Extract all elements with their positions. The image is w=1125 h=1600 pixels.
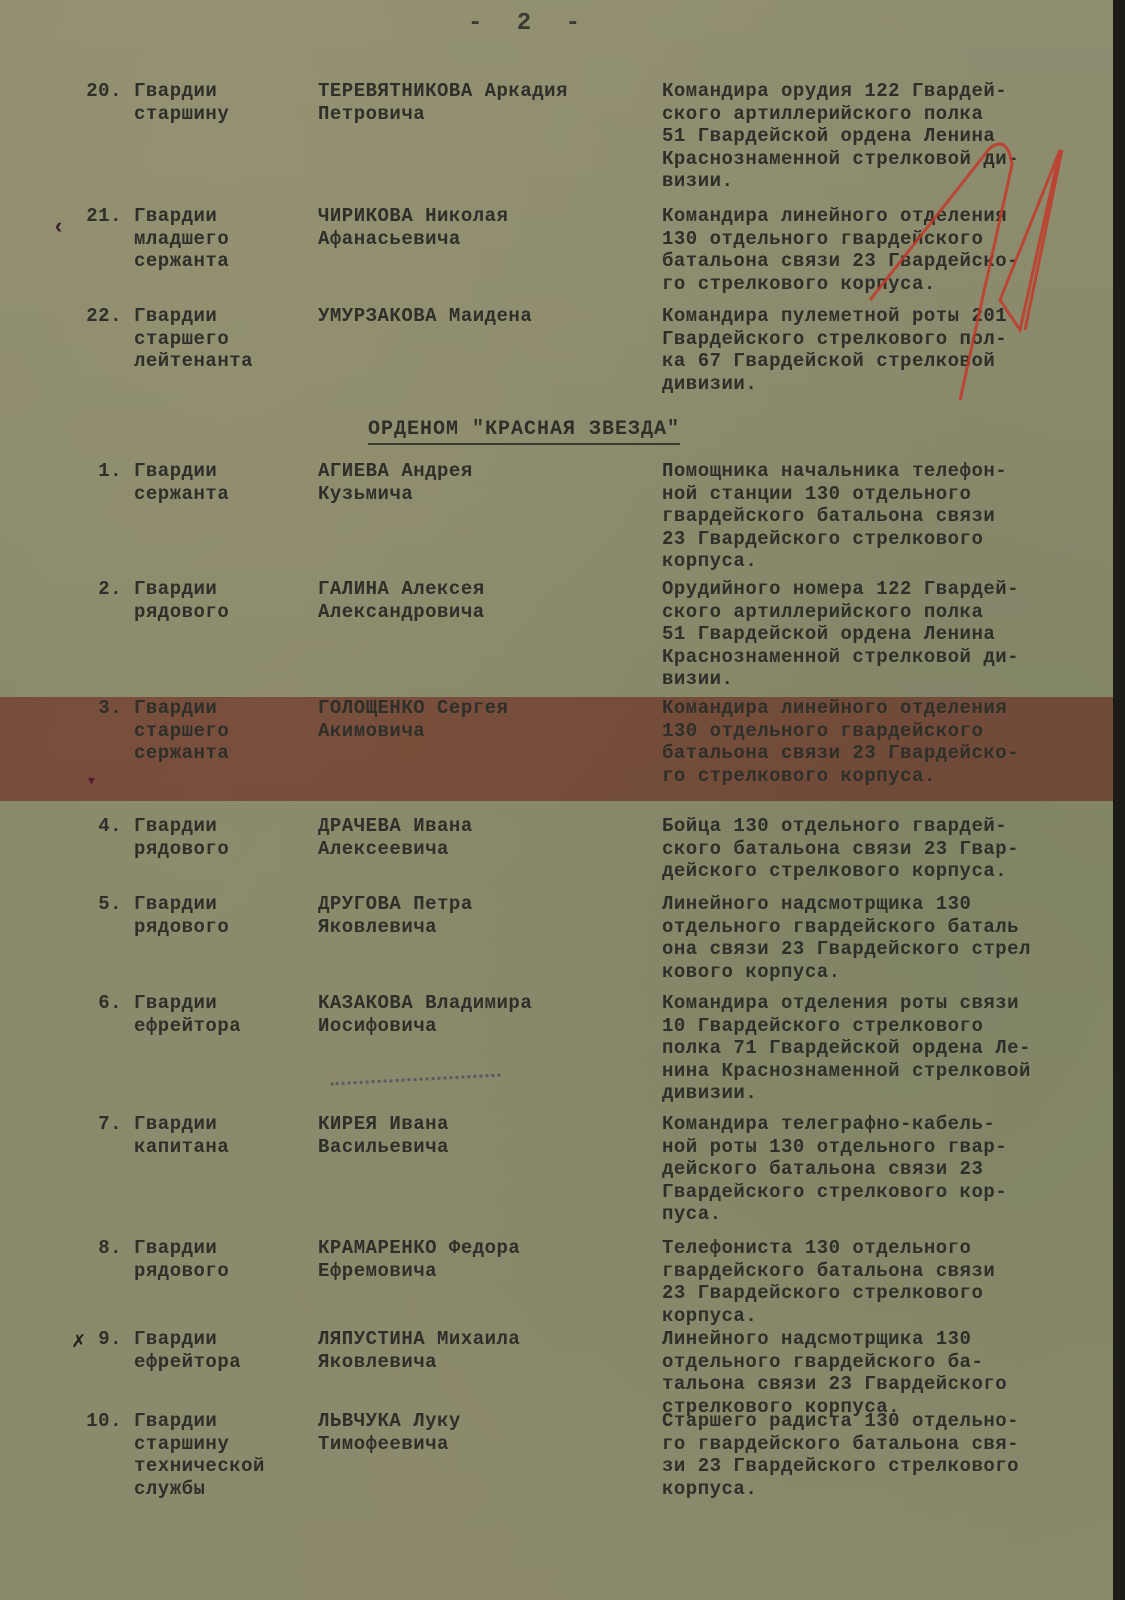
entry-position-line: Командира орудия 122 Гвардей- — [662, 80, 1112, 103]
entry-rank-line: старшего — [134, 720, 294, 743]
entry-position-line: Орудийного номера 122 Гвардей- — [662, 578, 1112, 601]
entry-name-line: ЧИРИКОВА Николая — [318, 205, 658, 228]
entry-position-line: Командира линейного отделения — [662, 697, 1112, 720]
entry-rank: Гвардиирядового — [134, 1237, 294, 1282]
entry-name-line: Иосифовича — [318, 1015, 658, 1038]
entry-rank-line: Гвардии — [134, 305, 294, 328]
entry-name: ЧИРИКОВА НиколаяАфанасьевича — [318, 205, 658, 250]
pencil-tick-mark: ▾ — [86, 770, 97, 792]
entry-position-line: полка 71 Гвардейской ордена Ле- — [662, 1037, 1112, 1060]
entry-name: ГОЛОЩЕНКО СергеяАкимовича — [318, 697, 658, 742]
entry-position: Помощника начальника телефон-ной станции… — [662, 460, 1112, 573]
entry-number: 9. — [62, 1328, 122, 1351]
entry-position: Старшего радиста 130 отдельно-го гвардей… — [662, 1410, 1112, 1500]
entry-number: 10. — [62, 1410, 122, 1433]
entry-position-line: гвардейского батальона связи — [662, 1260, 1112, 1283]
entry-rank: Гвардиикапитана — [134, 1113, 294, 1158]
entry-name-line: ЛЯПУСТИНА Михаила — [318, 1328, 658, 1351]
entry-position-line: 10 Гвардейского стрелкового — [662, 1015, 1112, 1038]
entry-name-line: КРАМАРЕНКО Федора — [318, 1237, 658, 1260]
entry-position-line: гвардейского батальона связи — [662, 505, 1112, 528]
entry-position-line: 23 Гвардейского стрелкового — [662, 1282, 1112, 1305]
entry-rank: Гвардииефрейтора — [134, 992, 294, 1037]
entry-rank-line: Гвардии — [134, 1237, 294, 1260]
entry-rank-line: Гвардии — [134, 1328, 294, 1351]
entry-position-line: Командира отделения роты связи — [662, 992, 1112, 1015]
entry-number: 5. — [62, 893, 122, 916]
entry-position-line: пуса. — [662, 1203, 1112, 1226]
entry-rank-line: Гвардии — [134, 80, 294, 103]
entry-name-line: Акимовича — [318, 720, 658, 743]
entry-position-line: ского артиллерийского полка — [662, 601, 1112, 624]
entry-name-line: Яковлевича — [318, 1351, 658, 1374]
entry-name-line: Яковлевича — [318, 916, 658, 939]
entry-name: КРАМАРЕНКО ФедораЕфремовича — [318, 1237, 658, 1282]
entry-rank-line: Гвардии — [134, 1113, 294, 1136]
entry-position: Бойца 130 отдельного гвардей-ского батал… — [662, 815, 1112, 883]
entry-position-line: го стрелкового корпуса. — [662, 273, 1112, 296]
entry-name: ДРУГОВА ПетраЯковлевича — [318, 893, 658, 938]
entry-name: КАЗАКОВА ВладимираИосифовича — [318, 992, 658, 1037]
entry-rank-line: Гвардии — [134, 460, 294, 483]
entry-rank: Гвардиистаршеголейтенанта — [134, 305, 294, 373]
entry-position: Командира отделения роты связи10 Гвардей… — [662, 992, 1112, 1105]
page-number: - 2 - — [468, 10, 590, 37]
entry-rank: Гвардиистаршинутехническойслужбы — [134, 1410, 294, 1500]
entry-position-line: Краснознаменной стрелковой ди- — [662, 148, 1112, 171]
entry-position-line: Бойца 130 отдельного гвардей- — [662, 815, 1112, 838]
entry-position-line: Линейного надсмотрщика 130 — [662, 893, 1112, 916]
entry-position-line: корпуса. — [662, 550, 1112, 573]
entry-number: 8. — [62, 1237, 122, 1260]
entry-position-line: отдельного гвардейского ба- — [662, 1351, 1112, 1374]
entry-position: Телефониста 130 отдельногогвардейского б… — [662, 1237, 1112, 1327]
entry-position-line: корпуса. — [662, 1305, 1112, 1328]
entry-position: Командира телеграфно-кабель-ной роты 130… — [662, 1113, 1112, 1226]
entry-name: ЛЬВЧУКА ЛукуТимофеевича — [318, 1410, 658, 1455]
entry-name-line: Ефремовича — [318, 1260, 658, 1283]
entry-rank-line: рядового — [134, 601, 294, 624]
entry-number: 1. — [62, 460, 122, 483]
entry-number: 20. — [62, 80, 122, 103]
entry-rank: Гвардиирядового — [134, 578, 294, 623]
entry-rank: Гвардииефрейтора — [134, 1328, 294, 1373]
entry-rank-line: сержанта — [134, 250, 294, 273]
entry-name: ГАЛИНА АлексеяАлександровича — [318, 578, 658, 623]
entry-name-line: Петровича — [318, 103, 658, 126]
entry-position-line: ка 67 Гвардейской стрелковой — [662, 350, 1112, 373]
entry-position-line: го гвардейского батальона свя- — [662, 1433, 1112, 1456]
entry-position: Командира линейного отделения130 отдельн… — [662, 205, 1112, 295]
entry-rank-line: старшину — [134, 1433, 294, 1456]
entry-rank: Гвардиирядового — [134, 893, 294, 938]
entry-position-line: ной роты 130 отдельного гвар- — [662, 1136, 1112, 1159]
entry-rank: Гвардиистаршину — [134, 80, 294, 125]
entry-position: Линейного надсмотрщика 130отдельного гва… — [662, 1328, 1112, 1418]
entry-name-line: Алексеевича — [318, 838, 658, 861]
entry-rank-line: Гвардии — [134, 697, 294, 720]
entry-rank-line: Гвардии — [134, 578, 294, 601]
entry-name: АГИЕВА АндреяКузьмича — [318, 460, 658, 505]
entry-position-line: го стрелкового корпуса. — [662, 765, 1112, 788]
entry-position: Орудийного номера 122 Гвардей-ского арти… — [662, 578, 1112, 691]
entry-position-line: нина Краснознаменной стрелковой — [662, 1060, 1112, 1083]
entry-rank-line: ефрейтора — [134, 1351, 294, 1374]
entry-position: Командира линейного отделения130 отдельн… — [662, 697, 1112, 787]
entry-name: ЛЯПУСТИНА МихаилаЯковлевича — [318, 1328, 658, 1373]
entry-number: 21. — [62, 205, 122, 228]
entry-position-line: дейского батальона связи 23 — [662, 1158, 1112, 1181]
entry-position-line: визии. — [662, 170, 1112, 193]
entry-position-line: 130 отдельного гвардейского — [662, 228, 1112, 251]
entry-position-line: ной станции 130 отдельного — [662, 483, 1112, 506]
entry-position-line: Помощника начальника телефон- — [662, 460, 1112, 483]
entry-number: 7. — [62, 1113, 122, 1136]
entry-name-line: Кузьмича — [318, 483, 658, 506]
entry-position-line: Телефониста 130 отдельного — [662, 1237, 1112, 1260]
entry-number: 3. — [62, 697, 122, 720]
entry-name-line: ДРУГОВА Петра — [318, 893, 658, 916]
entry-name-line: ЛЬВЧУКА Луку — [318, 1410, 658, 1433]
section-header-red-star: ОРДЕНОМ "КРАСНАЯ ЗВЕЗДА" — [368, 418, 680, 445]
entry-position-line: она связи 23 Гвардейского стрел — [662, 938, 1112, 961]
entry-rank-line: капитана — [134, 1136, 294, 1159]
entry-rank-line: старшину — [134, 103, 294, 126]
entry-position-line: дивизии. — [662, 1082, 1112, 1105]
entry-name-line: КИРЕЯ Ивана — [318, 1113, 658, 1136]
entry-rank: Гвардиирядового — [134, 815, 294, 860]
entry-rank-line: рядового — [134, 1260, 294, 1283]
entry-position-line: 130 отдельного гвардейского — [662, 720, 1112, 743]
entry-position-line: Старшего радиста 130 отдельно- — [662, 1410, 1112, 1433]
entry-position-line: батальона связи 23 Гвардейско- — [662, 742, 1112, 765]
entry-rank-line: сержанта — [134, 742, 294, 765]
entry-rank-line: технической — [134, 1455, 294, 1478]
entry-rank-line: Гвардии — [134, 815, 294, 838]
entry-position-line: ского артиллерийского полка — [662, 103, 1112, 126]
entry-name-line: ГОЛОЩЕНКО Сергея — [318, 697, 658, 720]
entry-name-line: Васильевича — [318, 1136, 658, 1159]
entry-position-line: дейского стрелкового корпуса. — [662, 860, 1112, 883]
entry-rank-line: ефрейтора — [134, 1015, 294, 1038]
entry-rank-line: Гвардии — [134, 992, 294, 1015]
entry-position-line: Командира пулеметной роты 201 — [662, 305, 1112, 328]
entry-number: 6. — [62, 992, 122, 1015]
entry-position-line: батальона связи 23 Гвардейско- — [662, 250, 1112, 273]
entry-position-line: корпуса. — [662, 1478, 1112, 1501]
entry-position: Командира пулеметной роты 201Гвардейског… — [662, 305, 1112, 395]
entry-rank-line: сержанта — [134, 483, 294, 506]
entry-position-line: Командира телеграфно-кабель- — [662, 1113, 1112, 1136]
entry-name: ДРАЧЕВА ИванаАлексеевича — [318, 815, 658, 860]
entry-rank-line: Гвардии — [134, 1410, 294, 1433]
entry-name-line: ДРАЧЕВА Ивана — [318, 815, 658, 838]
entry-position: Линейного надсмотрщика 130отдельного гва… — [662, 893, 1112, 983]
entry-position-line: зи 23 Гвардейского стрелкового — [662, 1455, 1112, 1478]
entry-name: КИРЕЯ ИванаВасильевича — [318, 1113, 658, 1158]
entry-position: Командира орудия 122 Гвардей-ского артил… — [662, 80, 1112, 193]
handwritten-signature — [330, 1054, 501, 1086]
entry-position-line: визии. — [662, 668, 1112, 691]
entry-rank-line: службы — [134, 1478, 294, 1501]
entry-name-line: Тимофеевича — [318, 1433, 658, 1456]
entry-position-line: Командира линейного отделения — [662, 205, 1112, 228]
entry-name-line: Александровича — [318, 601, 658, 624]
entry-rank-line: младшего — [134, 228, 294, 251]
entry-name-line: УМУРЗАКОВА Маидена — [318, 305, 658, 328]
entry-position-line: ского батальона связи 23 Гвар- — [662, 838, 1112, 861]
entry-position-line: кового корпуса. — [662, 961, 1112, 984]
entry-position-line: 23 Гвардейского стрелкового — [662, 528, 1112, 551]
entry-name: УМУРЗАКОВА Маидена — [318, 305, 658, 328]
entry-rank-line: рядового — [134, 838, 294, 861]
entry-position-line: 51 Гвардейской ордена Ленина — [662, 125, 1112, 148]
entry-name-line: ТЕРЕВЯТНИКОВА Аркадия — [318, 80, 658, 103]
entry-number: 4. — [62, 815, 122, 838]
entry-position-line: отдельного гвардейского баталь — [662, 916, 1112, 939]
entry-number: 22. — [62, 305, 122, 328]
entry-rank: Гвардиимладшегосержанта — [134, 205, 294, 273]
entry-name-line: АГИЕВА Андрея — [318, 460, 658, 483]
entry-position-line: Гвардейского стрелкового пол- — [662, 328, 1112, 351]
pencil-tick-mark: ‹ — [52, 215, 65, 240]
entry-rank-line: лейтенанта — [134, 350, 294, 373]
entry-rank-line: Гвардии — [134, 205, 294, 228]
entry-position-line: Линейного надсмотрщика 130 — [662, 1328, 1112, 1351]
entry-rank: Гвардиисержанта — [134, 460, 294, 505]
entry-position-line: Гвардейского стрелкового кор- — [662, 1181, 1112, 1204]
entry-position-line: дивизии. — [662, 373, 1112, 396]
entry-rank-line: старшего — [134, 328, 294, 351]
entry-name-line: КАЗАКОВА Владимира — [318, 992, 658, 1015]
pencil-tick-mark: ✗ — [72, 1328, 85, 1354]
entry-rank-line: Гвардии — [134, 893, 294, 916]
scan-edge — [1113, 0, 1125, 1600]
entry-name-line: Афанасьевича — [318, 228, 658, 251]
entry-position-line: 51 Гвардейской ордена Ленина — [662, 623, 1112, 646]
entry-position-line: Краснознаменной стрелковой ди- — [662, 646, 1112, 669]
entry-number: 2. — [62, 578, 122, 601]
entry-name-line: ГАЛИНА Алексея — [318, 578, 658, 601]
entry-name: ТЕРЕВЯТНИКОВА АркадияПетровича — [318, 80, 658, 125]
entry-rank: Гвардиистаршегосержанта — [134, 697, 294, 765]
entry-rank-line: рядового — [134, 916, 294, 939]
entry-position-line: тальона связи 23 Гвардейского — [662, 1373, 1112, 1396]
